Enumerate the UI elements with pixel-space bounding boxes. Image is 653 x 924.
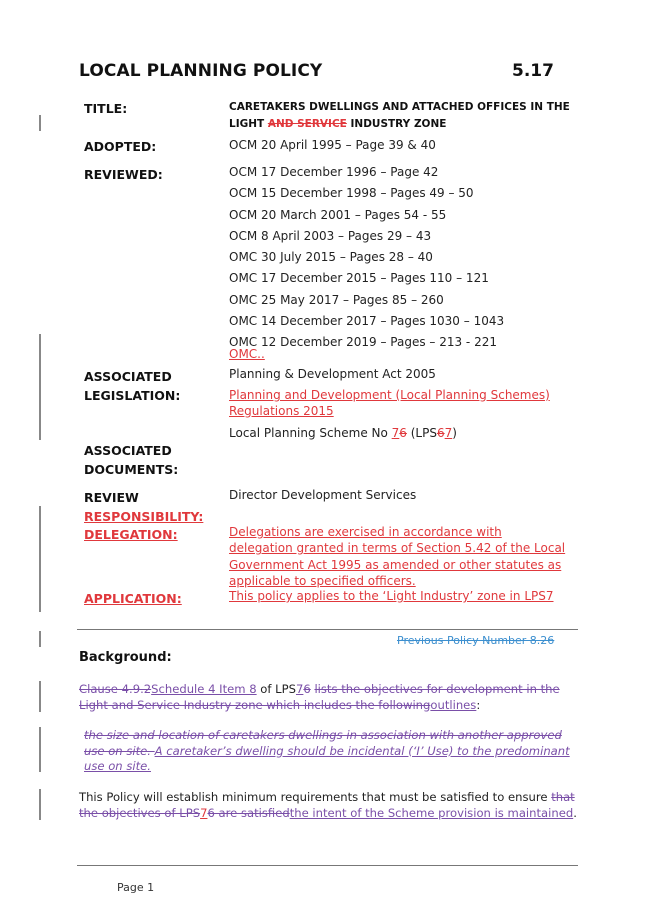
legislation-line: Regulations 2015 (229, 403, 550, 419)
reviewed-item: OMC 14 December 2017 – Pages 1030 – 1043 (229, 311, 504, 332)
label-line: ASSOCIATED (84, 441, 178, 460)
text: (LPS (407, 426, 437, 440)
legislation-item: Planning & Development Act 2005 (229, 364, 436, 385)
inserted-text: outlines (430, 698, 476, 712)
reviewed-item: OCM 20 March 2001 – Pages 54 - 55 (229, 205, 504, 226)
delegation-line: Government Act 1995 as amended or other … (229, 557, 565, 573)
delegation-line: Delegations are exercised in accordance … (229, 524, 565, 540)
deleted-text: 6 are satisfied (207, 806, 289, 820)
change-bar (39, 506, 41, 612)
documents-label: ASSOCIATED DOCUMENTS: (84, 441, 178, 479)
title-label: TITLE: (84, 99, 127, 118)
change-bar (39, 334, 41, 440)
change-bar (39, 681, 41, 712)
background-heading: Background: (79, 650, 172, 665)
reviewed-item: OCM 15 December 1998 – Pages 49 – 50 (229, 183, 504, 204)
change-bar (39, 631, 41, 647)
legislation-label: ASSOCIATED LEGISLATION: (84, 367, 180, 405)
previous-policy-number: Previous Policy Number 8.26 (397, 634, 554, 647)
change-bar (39, 115, 41, 131)
divider (77, 629, 578, 630)
delegation-value: Delegations are exercised in accordance … (229, 524, 565, 589)
page-number: Page 1 (117, 881, 154, 894)
label-line: ASSOCIATED (84, 367, 180, 386)
background-paragraph-1: Clause 4.9.2Schedule 4 Item 8 of LPS76 l… (79, 682, 579, 713)
reviewed-item: OMC 12 December 2019 – Pages – 213 - 221 (229, 332, 504, 353)
document-title: LOCAL PLANNING POLICY (79, 61, 322, 81)
reviewed-item: OCM 17 December 1996 – Page 42 (229, 162, 504, 183)
text: of LPS (257, 682, 296, 696)
title-text: LIGHT (229, 118, 268, 130)
inserted-text: Schedule 4 Item 8 (151, 682, 256, 696)
reviewed-item: OMC 17 December 2015 – Pages 110 – 121 (229, 268, 504, 289)
deleted-text: 6 (399, 426, 407, 440)
label-line: LEGISLATION: (84, 386, 180, 405)
title-value: CARETAKERS DWELLINGS AND ATTACHED OFFICE… (229, 99, 570, 133)
text: : (476, 698, 480, 712)
review-responsibility-value: Director Development Services (229, 485, 416, 506)
adopted-label: ADOPTED: (84, 137, 156, 156)
inserted-text: the intent of the Scheme provision is ma… (290, 806, 574, 820)
application-value: This policy applies to the ‘Light Indust… (229, 588, 554, 604)
change-bar (39, 727, 41, 772)
footer-divider (77, 865, 578, 866)
text: . (573, 806, 577, 820)
reviewed-label: REVIEWED: (84, 165, 163, 184)
deleted-text: AND SERVICE (268, 118, 347, 130)
adopted-value: OCM 20 April 1995 – Page 39 & 40 (229, 135, 436, 156)
label-line-inserted: RESPONSIBILITY: (84, 507, 203, 526)
delegation-line: applicable to specified officers. (229, 573, 565, 589)
application-label: APPLICATION: (84, 589, 182, 608)
legislation-line: Planning and Development (Local Planning… (229, 387, 550, 403)
delegation-label: DELEGATION: (84, 525, 178, 544)
deleted-text: 6 (303, 682, 310, 696)
title-line-2: LIGHT AND SERVICE INDUSTRY ZONE (229, 116, 570, 133)
delegation-line: delegation granted in terms of Section 5… (229, 540, 565, 556)
reviewed-item: OCM 8 April 2003 – Pages 29 – 43 (229, 226, 504, 247)
text: ) (452, 426, 457, 440)
title-text: INDUSTRY ZONE (347, 118, 447, 130)
deleted-text: 6 (437, 426, 445, 440)
deleted-text: Clause 4.9.2 (79, 682, 151, 696)
label-line: REVIEW (84, 488, 203, 507)
change-bar (39, 789, 41, 820)
background-paragraph-3: This Policy will establish minimum requi… (79, 790, 579, 821)
reviewed-list: OCM 17 December 1996 – Page 42 OCM 15 De… (229, 162, 504, 354)
policy-number: 5.17 (512, 61, 554, 81)
reviewed-item: OMC 30 July 2015 – Pages 28 – 40 (229, 247, 504, 268)
review-responsibility-label: REVIEW RESPONSIBILITY: (84, 488, 203, 526)
reviewed-inserted: OMC.. (229, 347, 265, 362)
title-line-1: CARETAKERS DWELLINGS AND ATTACHED OFFICE… (229, 99, 570, 116)
text: Local Planning Scheme No (229, 426, 392, 440)
legislation-item-inserted: Planning and Development (Local Planning… (229, 387, 550, 419)
background-paragraph-2: the size and location of caretakers dwel… (84, 728, 578, 775)
legislation-item: Local Planning Scheme No 76 (LPS67) (229, 423, 457, 444)
reviewed-item: OMC 25 May 2017 – Pages 85 – 260 (229, 290, 504, 311)
inserted-text: A caretaker’s dwelling should be inciden… (84, 744, 570, 774)
label-line: DOCUMENTS: (84, 460, 178, 479)
text: This Policy will establish minimum requi… (79, 790, 551, 804)
